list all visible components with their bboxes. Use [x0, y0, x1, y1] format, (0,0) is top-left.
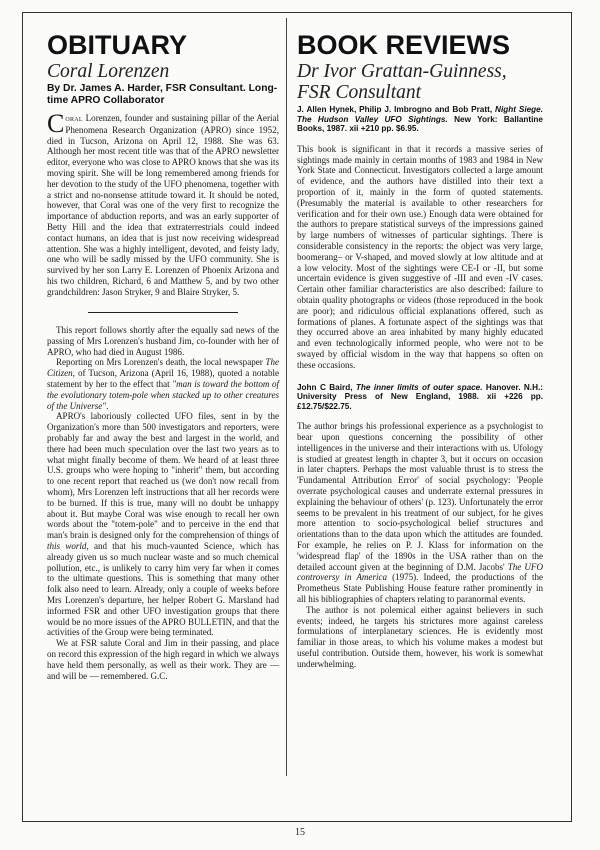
review-2-body: The author brings his professional exper…	[297, 421, 543, 605]
review-2-citation: John C Baird, The inner limits of outer …	[297, 383, 543, 412]
review-1-citation: J. Allen Hynek, Philip J. Imbrogno and B…	[297, 105, 543, 134]
obituary-byline: By Dr. James A. Harder, FSR Consultant. …	[47, 83, 279, 107]
first-word: oral	[65, 114, 83, 123]
obituary-column: OBITUARY Coral Lorenzen By Dr. James A. …	[47, 30, 279, 681]
obituary-paragraph-3: Reporting on Mrs Lorenzen's death, the l…	[47, 357, 279, 411]
review-1-body: This book is significant in that it reco…	[297, 144, 543, 371]
book-reviews-heading: BOOK REVIEWS	[297, 30, 543, 60]
drop-cap: C	[47, 114, 64, 134]
book-reviews-subtitle: Dr Ivor Grattan-Guinness, FSR Consultant	[297, 61, 543, 103]
obituary-paragraph-4: APRO's laboriously collected UFO files, …	[47, 411, 279, 638]
review-2-body-2: The author is not polemical either again…	[297, 605, 543, 670]
obituary-paragraph-1: Coral Lorenzen, founder and sustaining p…	[47, 113, 279, 298]
column-divider	[286, 18, 287, 776]
page-number: 15	[0, 827, 600, 838]
obituary-paragraph-2: This report follows shortly after the eq…	[47, 325, 279, 357]
obituary-subtitle: Coral Lorenzen	[47, 61, 279, 82]
obituary-heading: OBITUARY	[47, 30, 279, 60]
obituary-paragraph-5: We at FSR salute Coral and Jim in their …	[47, 638, 279, 681]
book-reviews-column: BOOK REVIEWS Dr Ivor Grattan-Guinness, F…	[297, 30, 543, 670]
section-rule	[88, 312, 238, 314]
